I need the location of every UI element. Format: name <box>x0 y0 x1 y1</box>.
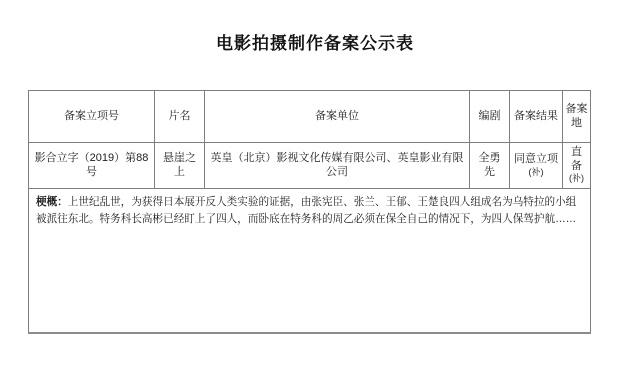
filing-place-text: 直备 <box>571 146 582 172</box>
table-row: 影合立字（2019）第88号 悬崖之上 英皇（北京）影视文化传媒有限公司、英皇影… <box>29 143 591 189</box>
cell-filing-result: 同意立项 (补) <box>510 143 563 189</box>
filing-result-note: (补) <box>514 167 558 179</box>
filing-place-note: (补) <box>567 173 586 185</box>
header-filing-company: 备案单位 <box>205 91 470 143</box>
synopsis-row: 梗概：上世纪乱世，为获得日本展开反人类实验的证据，由张宪臣、张兰、王郁、王楚良四… <box>29 189 591 333</box>
header-screenwriter: 编剧 <box>470 91 510 143</box>
cell-filing-place: 直备 (补) <box>563 143 591 189</box>
synopsis-label: 梗概： <box>36 196 68 208</box>
cell-film-title: 悬崖之上 <box>155 143 205 189</box>
synopsis-text: 上世纪乱世，为获得日本展开反人类实验的证据，由张宪臣、张兰、王郁、王楚良四人组成… <box>36 196 576 225</box>
cell-screenwriter: 全勇先 <box>470 143 510 189</box>
page-title: 电影拍摄制作备案公示表 <box>0 34 630 54</box>
table-header-row: 备案立项号 片名 备案单位 编剧 备案结果 备案地 <box>29 91 591 143</box>
filing-table: 备案立项号 片名 备案单位 编剧 备案结果 备案地 影合立字（2019）第88号… <box>28 90 591 334</box>
synopsis-cell: 梗概：上世纪乱世，为获得日本展开反人类实验的证据，由张宪臣、张兰、王郁、王楚良四… <box>29 189 591 333</box>
header-filing-result: 备案结果 <box>510 91 563 143</box>
header-filing-number: 备案立项号 <box>29 91 155 143</box>
header-film-title: 片名 <box>155 91 205 143</box>
filing-result-text: 同意立项 <box>514 153 558 165</box>
cell-filing-number: 影合立字（2019）第88号 <box>29 143 155 189</box>
header-filing-place: 备案地 <box>563 91 591 143</box>
cell-filing-company: 英皇（北京）影视文化传媒有限公司、英皇影业有限公司 <box>205 143 470 189</box>
